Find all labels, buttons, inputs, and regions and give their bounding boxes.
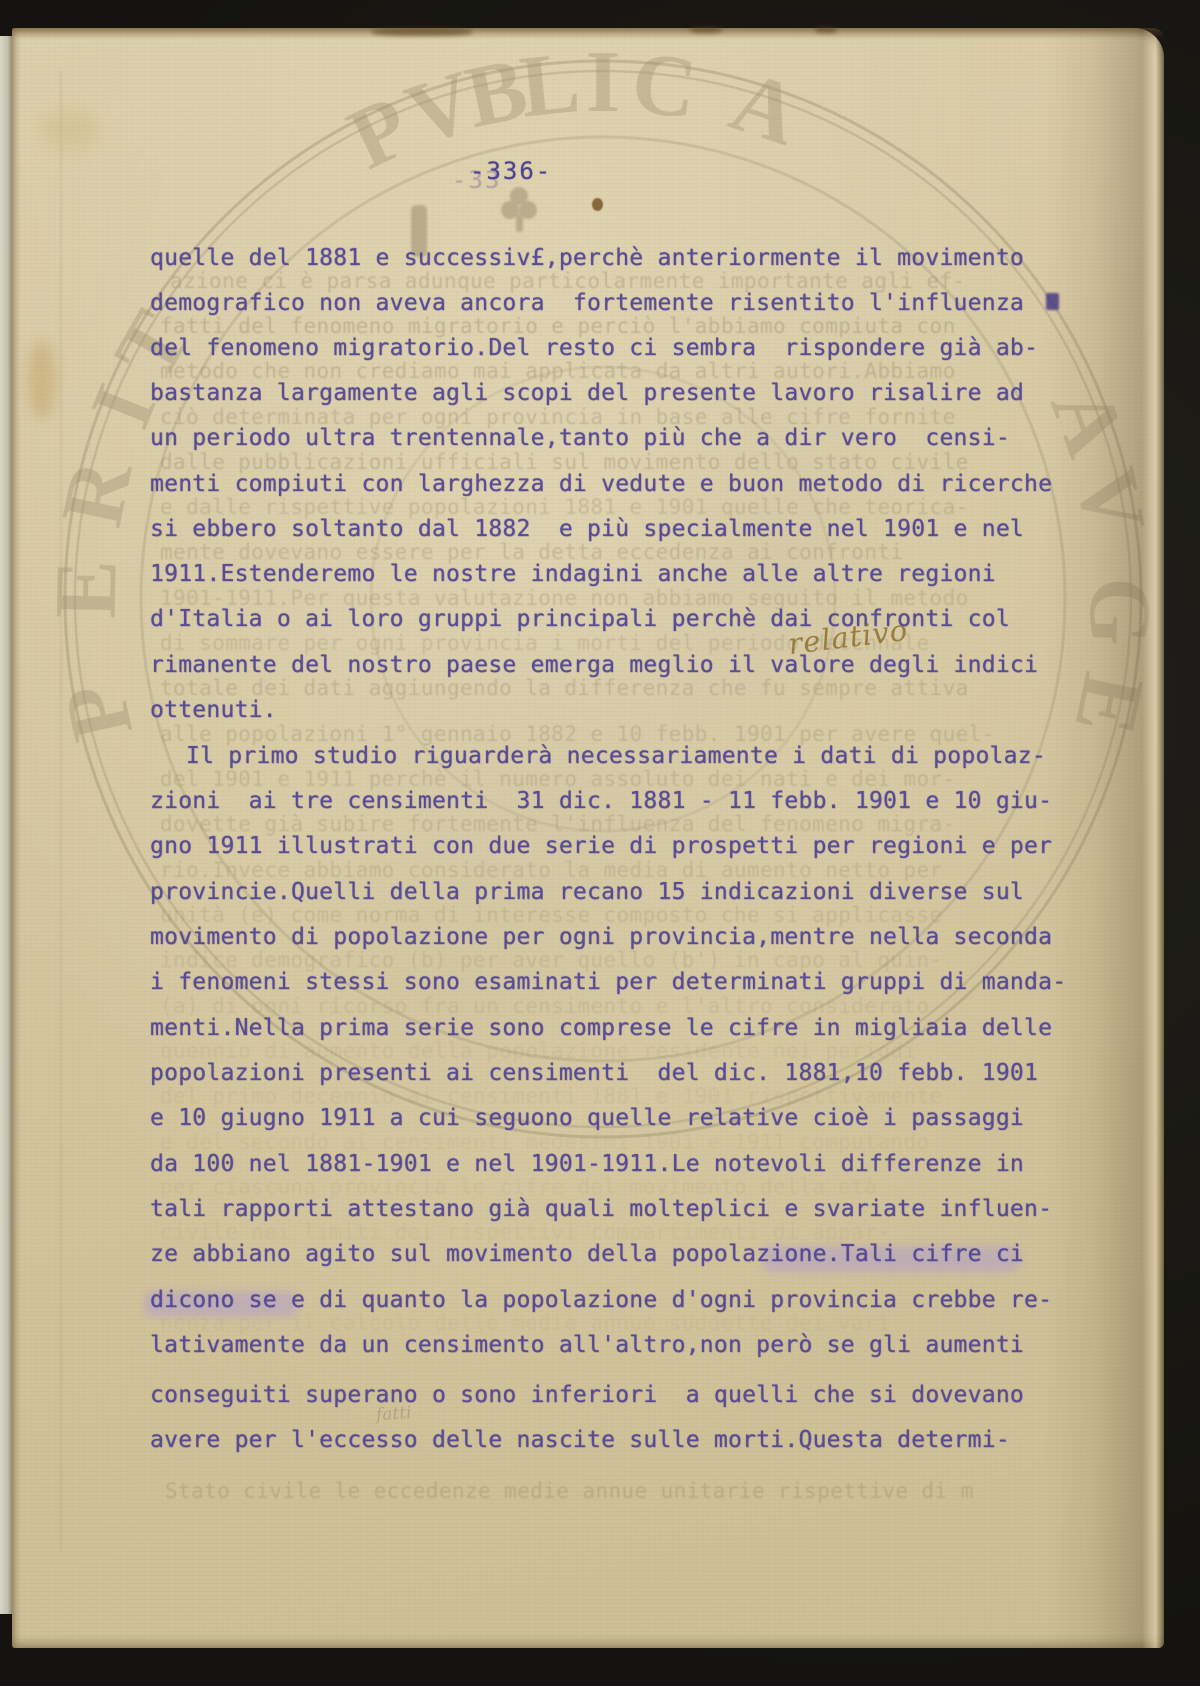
typed-line: ottenuti. [150, 699, 277, 722]
bleedthrough-line: (a) di ogni ricorso fra un censimento e … [160, 996, 930, 1017]
bleedthrough-line: e dalle rispettive popolazioni 1881 e 19… [160, 497, 969, 518]
bleedthrough-line: del 1901 e 1911 perchè il numero assolut… [160, 769, 956, 790]
bleedthrough-line: metodo che non crediamo mai applicata da… [160, 361, 956, 382]
typed-line: gno 1911 illustrati con due serie di pro… [150, 835, 1052, 858]
bleedthrough-line: dovette già subire fortemente l'influenz… [160, 814, 956, 835]
bleedthrough-line: e del secondo ai censimenti medesimi 190… [160, 1132, 930, 1153]
seal-letter: R [43, 451, 151, 534]
bleedthrough-line: quennio di aumento della popolazione res… [160, 1041, 917, 1062]
typed-line: un periodo ultra trentennale,tanto più c… [150, 427, 1010, 450]
seal-letter: I [586, 34, 620, 131]
bleedthrough-line: civile nei limiti dei rispettivi compart… [160, 1222, 890, 1243]
handwritten-margin-note: fatti [375, 1403, 412, 1425]
bleedthrough-line: unità (e) come norma di interesse compos… [160, 905, 943, 926]
page-curl-shadow [1044, 28, 1164, 1648]
bleedthrough-line: nenza per il calcolo delle medie annue s… [160, 1313, 890, 1334]
typed-line: tali rapporti attestano già quali moltep… [150, 1198, 1052, 1221]
bleedthrough-line: rio.Invece abbiamo considerato la media … [160, 860, 943, 881]
typed-line: lativamente da un censimento all'altro,n… [150, 1334, 1024, 1357]
bleedthrough-line: per ciascuna provincia le cifre del movi… [160, 1177, 877, 1198]
typed-line: ze abbiano agito sul movimento della pop… [150, 1243, 1024, 1266]
typed-line: zioni ai tre censimenti 31 dic. 1881 - 1… [150, 790, 1052, 813]
bleedthrough-line: Stato civile le eccedenze medie annue un… [165, 1481, 974, 1502]
typed-line: menti.Nella prima serie sono comprese le… [150, 1017, 1052, 1040]
typed-line: conseguiti superano o sono inferiori a q… [150, 1384, 1024, 1407]
typed-line: avere per l'eccesso delle nascite sulle … [150, 1429, 1010, 1452]
seal-letter: E [38, 559, 136, 620]
typed-line: popolazioni presenti ai censimenti del d… [150, 1062, 1038, 1085]
page-number: -336- [470, 157, 552, 185]
typed-line: menti compiuti con larghezza di vedute e… [150, 473, 1052, 496]
typed-line: del fenomeno migratorio.Del resto ci sem… [150, 337, 1038, 360]
seal-letter: C [627, 34, 702, 138]
typed-line: demografico non aveva ancora fortemente … [150, 292, 1024, 315]
bleedthrough-line: dalle pubblicazioni ufficiali sul movime… [160, 452, 969, 473]
scanned-page: PERITPVBLICAAVGE -33 -336- azione ci è p… [0, 0, 1200, 1686]
typed-line: provincie.Quelli della prima recano 15 i… [150, 881, 1024, 904]
typed-line: quelle del 1881 e successiv£,perchè ante… [150, 247, 1024, 270]
typed-line: movimento di popolazione per ogni provin… [150, 926, 1052, 949]
bleedthrough-line: mente dovevano essere per la detta ecced… [160, 542, 903, 563]
seal-letter: A [720, 53, 811, 165]
seal-letter: P [46, 675, 152, 749]
bleedthrough-line: azione ci è parsa adunque particolarment… [170, 271, 966, 292]
bleedthrough-line: del primo decennio ai censimenti 1881 e … [160, 1086, 943, 1107]
bleedthrough-line: indice demografico (b) per aver quello (… [160, 950, 943, 971]
seal-letter: L [516, 34, 584, 137]
bleedthrough-line: fatti del fenomeno migratorio e perciò l… [160, 316, 956, 337]
typed-line: dicono se e di quanto la popolazione d'o… [150, 1289, 1052, 1312]
typed-line: 1911.Estenderemo le nostre indagini anch… [150, 563, 996, 586]
bleedthrough-line: totale dei dati aggiungendo la differenz… [160, 678, 969, 699]
typed-line: Il primo studio riguarderà necessariamen… [186, 745, 1046, 768]
typed-line: da 100 nel 1881-1901 e nel 1901-1911.Le … [150, 1153, 1024, 1176]
typed-line: rimanente del nostro paese emerga meglio… [150, 654, 1038, 677]
typed-line: i fenomeni stessi sono esaminati per det… [150, 971, 1066, 994]
typed-line: bastanza largamente agli scopi del prese… [150, 382, 1024, 405]
typed-line: e 10 giugno 1911 a cui seguono quelle re… [150, 1107, 1024, 1130]
bleedthrough-line: alle popolazioni 1° gennaio 1882 e 10 fe… [160, 724, 995, 745]
typed-line: si ebbero soltanto dal 1882 e più specia… [150, 518, 1024, 541]
